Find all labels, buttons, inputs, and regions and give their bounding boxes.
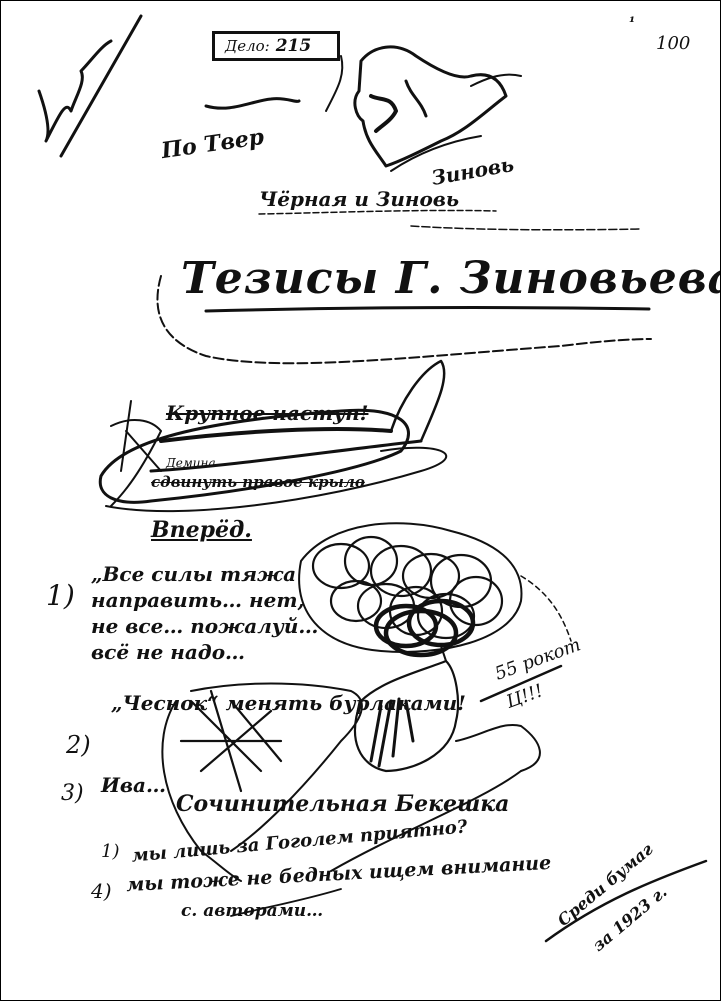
section-heading: Вперёд. (151, 517, 252, 543)
archive-stamp: Дело: 215 (212, 31, 340, 61)
crossed-heading: Крупное наступ! (166, 401, 368, 425)
stamp-label: Дело: (225, 37, 270, 55)
item-5-number: 4) (91, 879, 112, 903)
item-1-text: „Все силы тяжа направить… нет, не все… п… (91, 561, 321, 665)
crossed-subnote: Демина (166, 456, 216, 470)
document-title: Тезисы Г. Зиновьева. (181, 253, 721, 304)
item-4-number: 1) (101, 841, 119, 862)
crossed-line: сдвинуть правое крыло (151, 473, 365, 491)
item-3-number: 3) (61, 781, 84, 806)
item-2-number: 2) (66, 731, 91, 759)
subheading-line: Сочинительная Бекешка (176, 791, 509, 817)
item-2-text: „Чеснок“ менять бурлаками! (111, 691, 466, 715)
item-5-continuation: с. авторами… (181, 901, 323, 921)
item-1-number: 1) (46, 579, 75, 612)
page-number: 100 (656, 33, 690, 54)
corner-mark: ¹ (629, 15, 635, 31)
item-3-text: Ива… (101, 773, 166, 797)
stamp-number: 215 (276, 36, 312, 56)
header-line-3: Чёрная и Зиновь (259, 187, 459, 211)
manuscript-page: Дело: 215 ¹ 100 Сталин По Твер Зиновь Чё… (0, 0, 721, 1001)
